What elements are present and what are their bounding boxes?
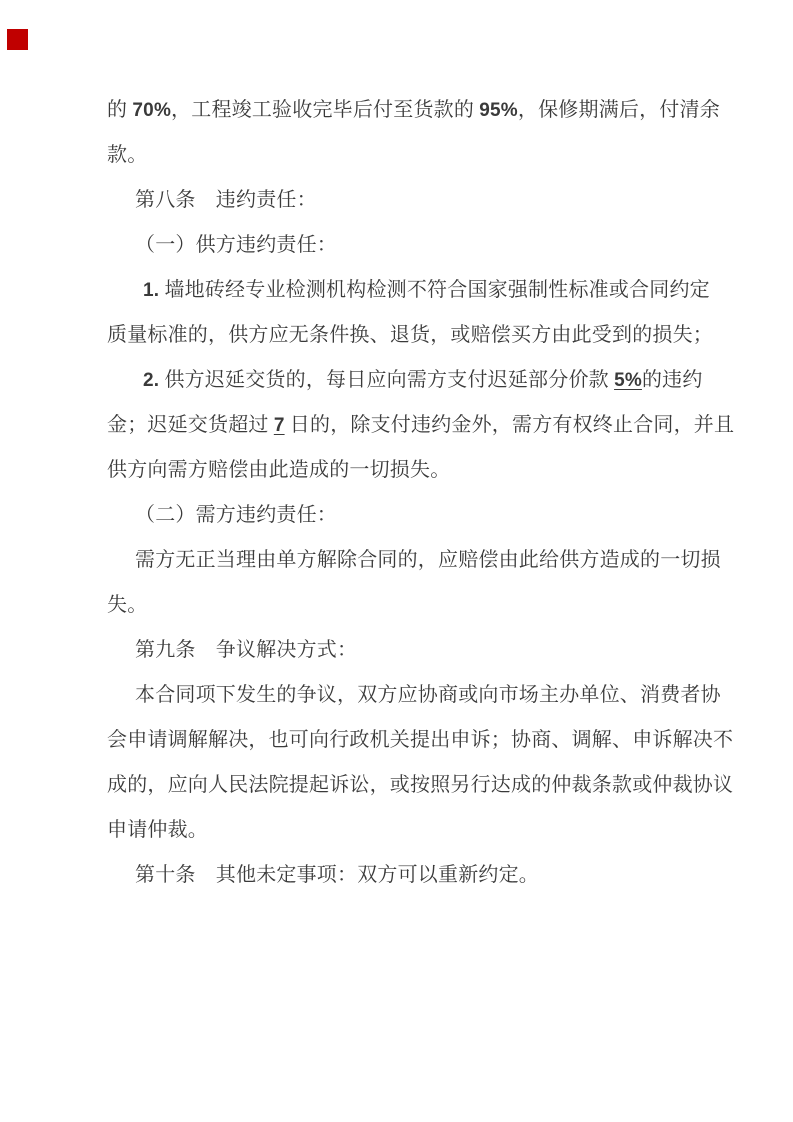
text-line: 成的，应向人民法院提起诉讼，或按照另行达成的仲裁条款或仲裁协议 <box>107 763 687 808</box>
text-segment: 95% <box>479 100 518 121</box>
text-line: 供方向需方赔偿由此造成的一切损失。 <box>107 448 687 493</box>
text-segment: 日的，除支付违约金外，需方有权终止合同，并且 <box>285 414 735 436</box>
text-segment: 2. <box>143 370 159 391</box>
text-line: 第八条 违约责任： <box>135 178 687 223</box>
text-line: 质量标准的，供方应无条件换、退货，或赔偿买方由此受到的损失； <box>107 313 687 358</box>
contract-text-body: 的 70%，工程竣工验收完毕后付至货款的 95%，保修期满后，付清余款。第八条 … <box>107 88 687 898</box>
text-segment: ，工程竣工验收完毕后付至货款的 <box>171 99 479 121</box>
text-segment: 金；迟延交货超过 <box>107 414 274 436</box>
text-line: （二）需方违约责任： <box>135 493 687 538</box>
text-line: 的 70%，工程竣工验收完毕后付至货款的 95%，保修期满后，付清余 <box>107 88 687 133</box>
text-line: 第十条 其他未定事项：双方可以重新约定。 <box>135 853 687 898</box>
underlined-text-segment: 5% <box>614 370 642 391</box>
text-line: 申请仲裁。 <box>107 808 687 853</box>
text-segment: 70% <box>132 100 171 121</box>
text-line: （一）供方违约责任： <box>135 223 687 268</box>
text-line: 金；迟延交货超过 7 日的，除支付违约金外，需方有权终止合同，并且 <box>107 403 687 448</box>
text-segment: 款。 <box>107 144 147 166</box>
text-line: 2. 供方迟延交货的，每日应向需方支付迟延部分价款 5%的违约 <box>143 358 687 403</box>
text-segment: （一）供方违约责任： <box>135 234 337 256</box>
text-segment: 1. <box>143 280 159 301</box>
text-segment: 会申请调解解决，也可向行政机关提出申诉；协商、调解、申诉解决不 <box>107 729 733 751</box>
text-segment: 失。 <box>107 594 147 616</box>
text-line: 款。 <box>107 133 687 178</box>
text-segment: ，保修期满后，付清余 <box>518 99 720 121</box>
text-segment: 的违约 <box>642 369 703 391</box>
text-segment: 供方迟延交货的，每日应向需方支付迟延部分价款 <box>159 369 614 391</box>
text-segment: （二）需方违约责任： <box>135 504 337 526</box>
text-segment: 第八条 违约责任： <box>135 189 317 211</box>
text-segment: 成的，应向人民法院提起诉讼，或按照另行达成的仲裁条款或仲裁协议 <box>107 774 733 796</box>
text-line: 失。 <box>107 583 687 628</box>
red-square-marker <box>7 29 28 50</box>
text-segment: 本合同项下发生的争议，双方应协商或向市场主办单位、消费者协 <box>135 684 721 706</box>
text-line: 1. 墙地砖经专业检测机构检测不符合国家强制性标准或合同约定 <box>143 268 687 313</box>
text-segment: 墙地砖经专业检测机构检测不符合国家强制性标准或合同约定 <box>159 279 710 301</box>
text-line: 需方无正当理由单方解除合同的，应赔偿由此给供方造成的一切损 <box>135 538 687 583</box>
text-segment: 质量标准的，供方应无条件换、退货，或赔偿买方由此受到的损失； <box>107 324 713 346</box>
text-line: 第九条 争议解决方式： <box>135 628 687 673</box>
text-line: 会申请调解解决，也可向行政机关提出申诉；协商、调解、申诉解决不 <box>107 718 687 763</box>
underlined-text-segment: 7 <box>274 415 285 436</box>
document-page: 的 70%，工程竣工验收完毕后付至货款的 95%，保修期满后，付清余款。第八条 … <box>0 0 793 1122</box>
text-segment: 需方无正当理由单方解除合同的，应赔偿由此给供方造成的一切损 <box>135 549 721 571</box>
text-segment: 申请仲裁。 <box>107 819 208 841</box>
text-line: 本合同项下发生的争议，双方应协商或向市场主办单位、消费者协 <box>135 673 687 718</box>
text-segment: 的 <box>107 99 132 121</box>
text-segment: 第十条 其他未定事项：双方可以重新约定。 <box>135 864 539 886</box>
text-segment: 第九条 争议解决方式： <box>135 639 357 661</box>
text-segment: 供方向需方赔偿由此造成的一切损失。 <box>107 459 450 481</box>
